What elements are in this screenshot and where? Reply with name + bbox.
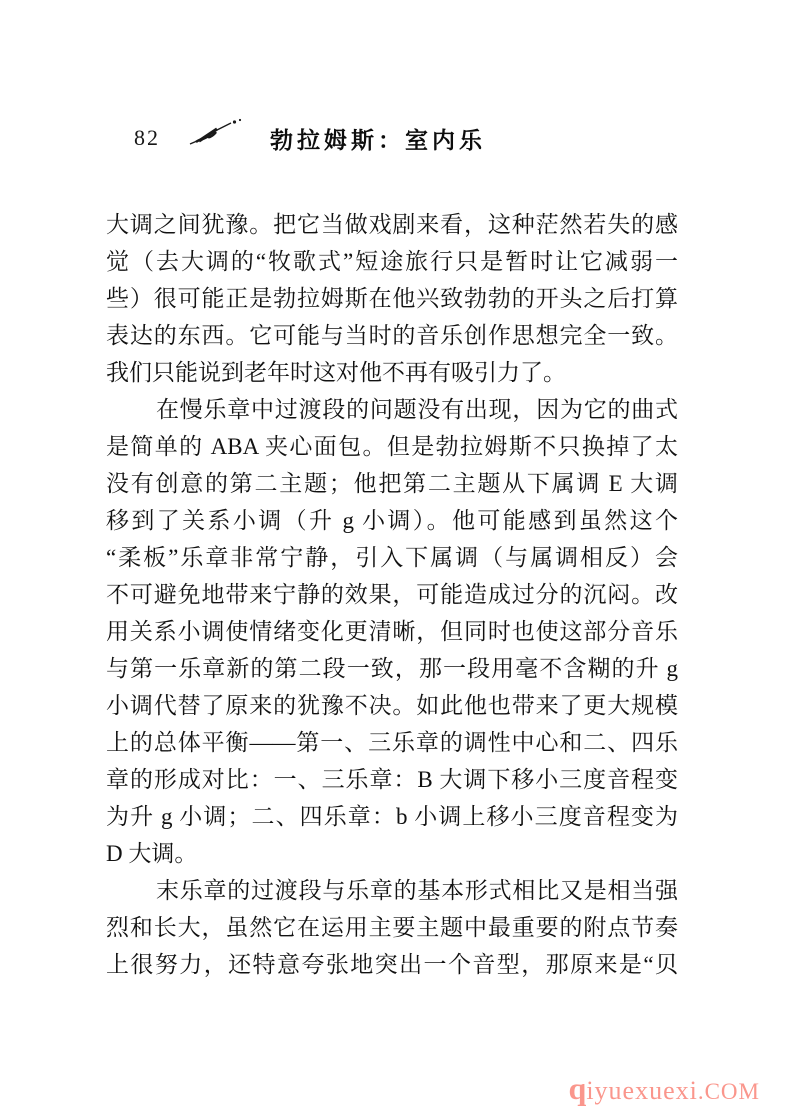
text-line: 用关系小调使情绪变化更清晰，但同时也使这部分音乐 bbox=[106, 613, 678, 650]
site-watermark: qiyuexuexi.COM bbox=[569, 1072, 760, 1104]
text-line: 些）很可能正是勃拉姆斯在他兴致勃勃的开头之后打算 bbox=[106, 280, 678, 317]
text-line: 章的形成对比：一、三乐章：B 大调下移小三度音程变 bbox=[106, 761, 678, 798]
text-line: 是简单的 ABA 夹心面包。但是勃拉姆斯不只换掉了太 bbox=[106, 428, 678, 465]
watermark-lead: q bbox=[569, 1070, 587, 1106]
text-line: 小调代替了原来的犹豫不决。如此他也带来了更大规模 bbox=[106, 687, 678, 724]
text-line: 移到了关系小调（升 g 小调）。他可能感到虽然这个 bbox=[106, 502, 678, 539]
text-line: 我们只能说到老年时这对他不再有吸引力了。 bbox=[106, 354, 678, 391]
text-line: “柔板”乐章非常宁静，引入下属调（与属调相反）会 bbox=[106, 539, 678, 576]
text-line: 上很努力，还特意夸张地突出一个音型，那原来是“贝 bbox=[106, 946, 678, 983]
body-text: 大调之间犹豫。把它当做戏剧来看，这种茫然若失的感觉（去大调的“牧歌式”短途旅行只… bbox=[106, 206, 678, 983]
running-head: 82 勃拉姆斯：室内乐 bbox=[134, 120, 486, 156]
text-line: 上的总体平衡——第一、三乐章的调性中心和二、四乐 bbox=[106, 724, 678, 761]
ink-flourish-icon bbox=[188, 117, 244, 152]
page-number: 82 bbox=[134, 125, 160, 151]
chapter-title: 勃拉姆斯：室内乐 bbox=[270, 122, 486, 155]
text-line: 烈和长大，虽然它在运用主要主题中最重要的附点节奏 bbox=[106, 909, 678, 946]
text-line: 觉（去大调的“牧歌式”短途旅行只是暂时让它减弱一 bbox=[106, 243, 678, 280]
text-line: 不可避免地带来宁静的效果，可能造成过分的沉闷。改 bbox=[106, 576, 678, 613]
text-line: D 大调。 bbox=[106, 835, 678, 872]
watermark-suffix: .COM bbox=[698, 1079, 760, 1104]
watermark-main: iyuexuexi bbox=[586, 1076, 698, 1105]
text-line: 为升 g 小调；二、四乐章：b 小调上移小三度音程变为 bbox=[106, 798, 678, 835]
text-line: 大调之间犹豫。把它当做戏剧来看，这种茫然若失的感 bbox=[106, 206, 678, 243]
text-line: 表达的东西。它可能与当时的音乐创作思想完全一致。 bbox=[106, 317, 678, 354]
text-line: 没有创意的第二主题；他把第二主题从下属调 E 大调 bbox=[106, 465, 678, 502]
scanned-book-page: 82 勃拉姆斯：室内乐 大调之间犹豫。把它当做戏剧来看，这种茫然若失的感觉（去大… bbox=[0, 0, 794, 1120]
text-line: 末乐章的过渡段与乐章的基本形式相比又是相当强 bbox=[106, 872, 678, 909]
text-line: 在慢乐章中过渡段的问题没有出现，因为它的曲式 bbox=[106, 391, 678, 428]
text-line: 与第一乐章新的第二段一致，那一段用毫不含糊的升 g bbox=[106, 650, 678, 687]
